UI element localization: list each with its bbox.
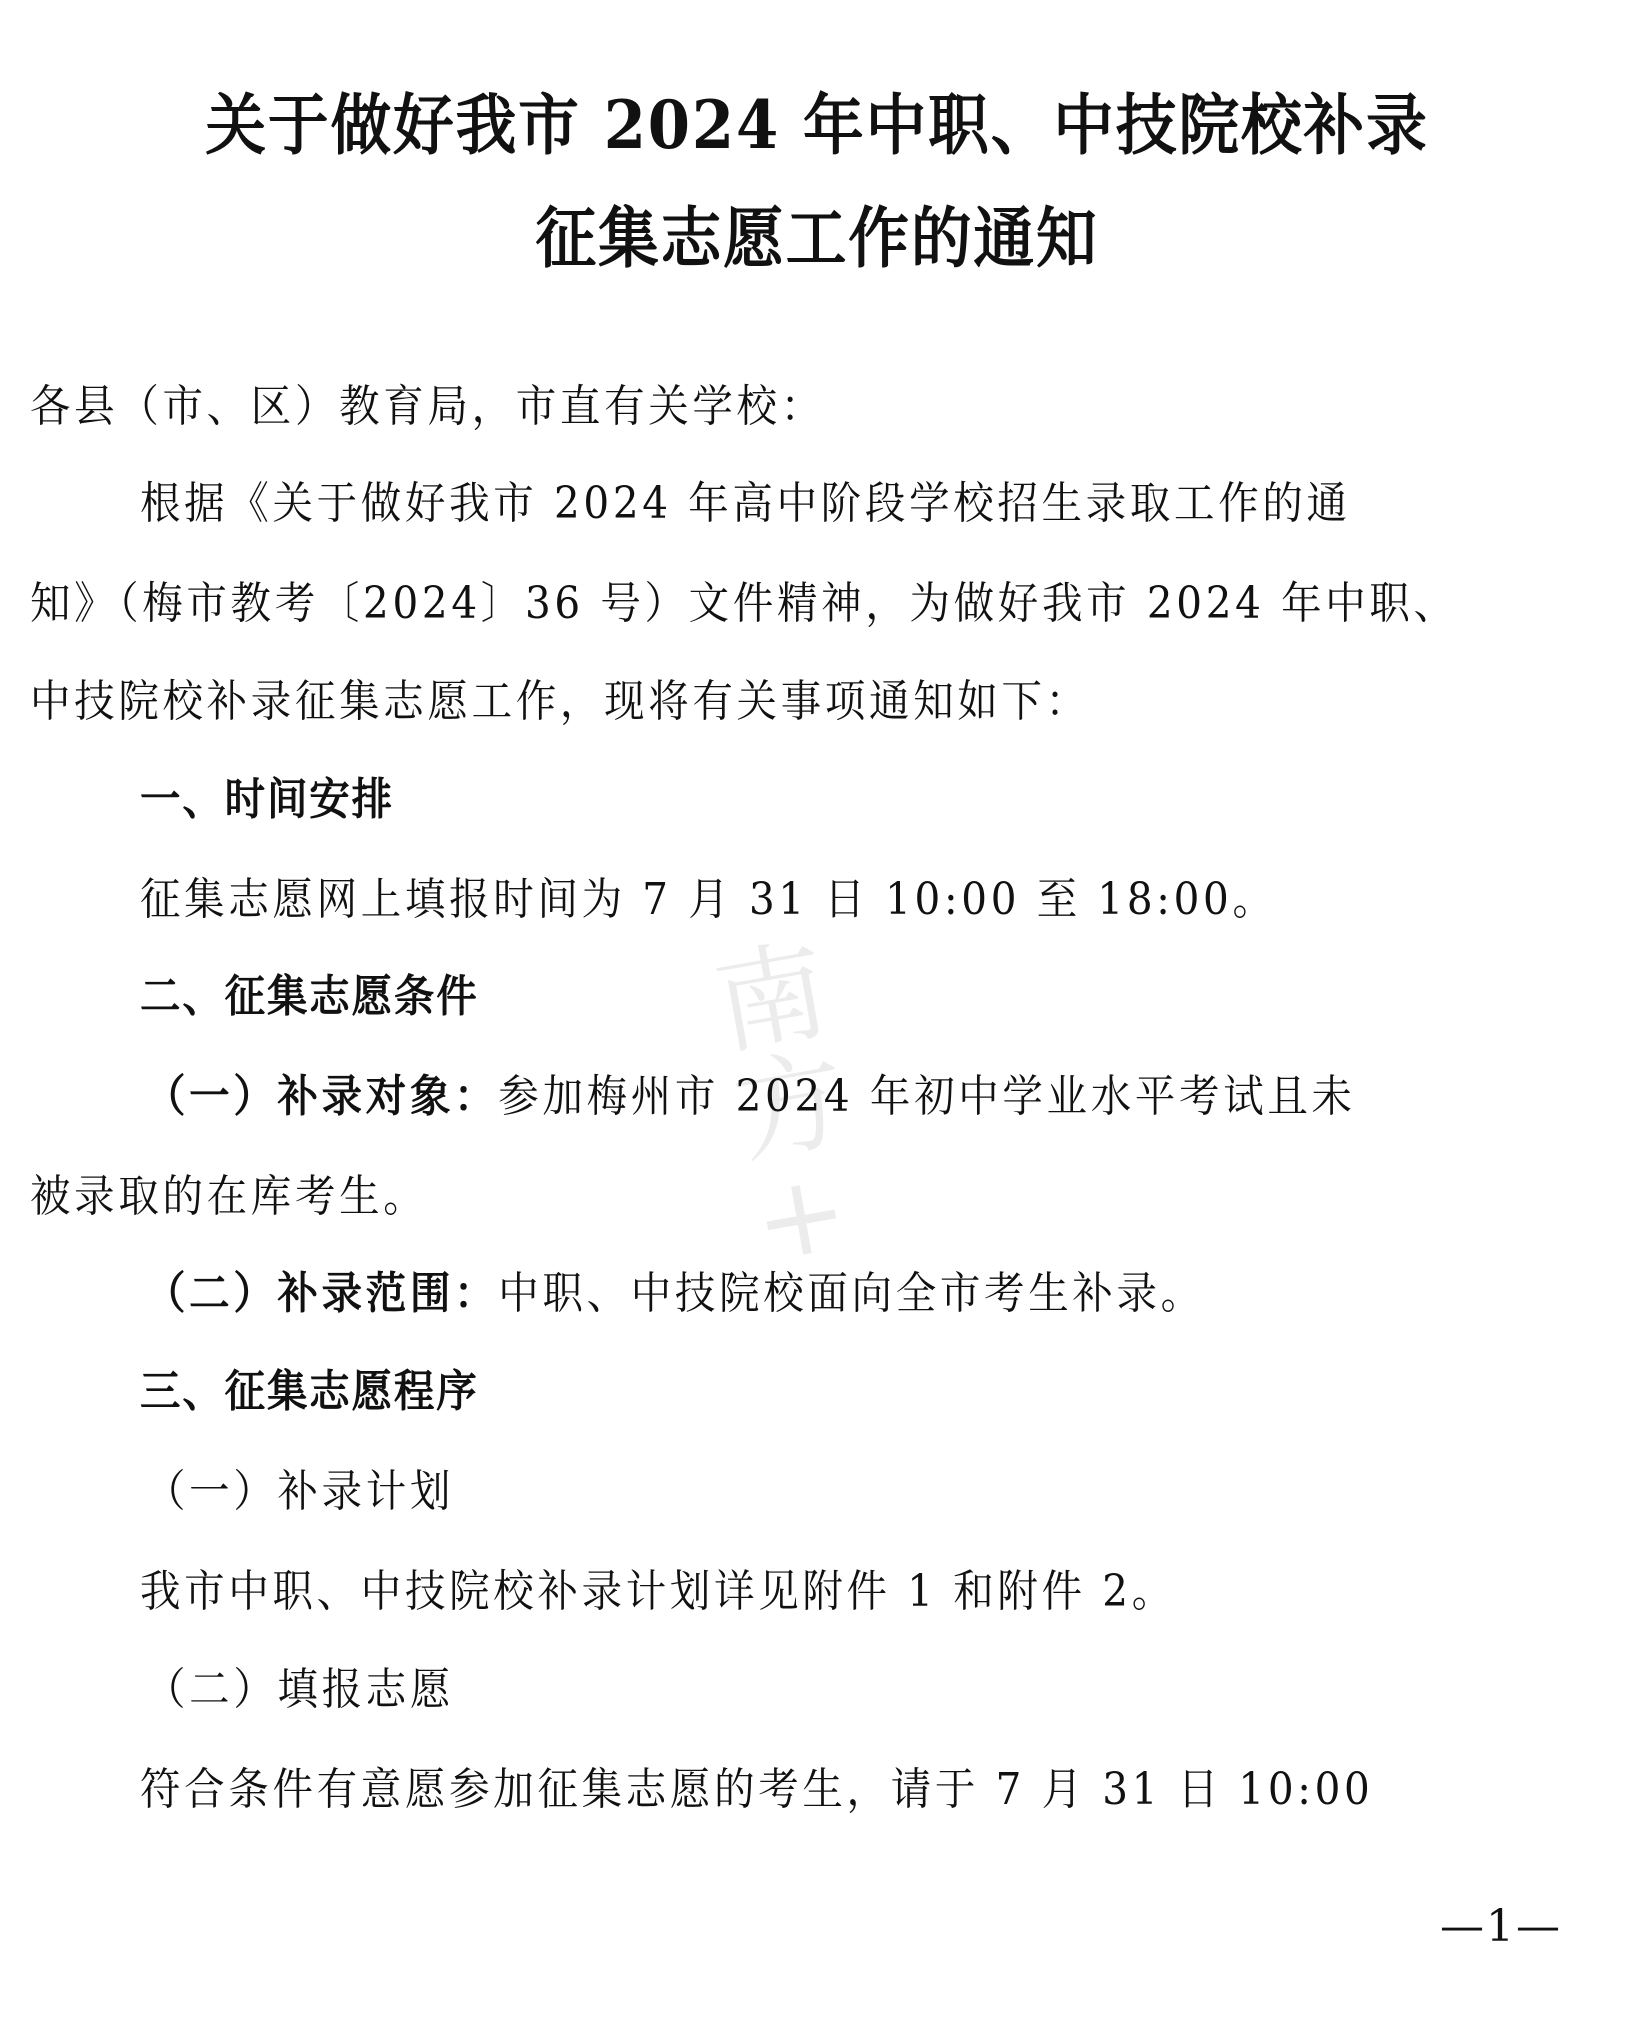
section-2-heading: 二、征集志愿条件 [140, 975, 479, 1019]
section-2-item-1-line-2: 被录取的在库考生。 [30, 1175, 427, 1219]
section-2-item-1-text: 参加梅州市 2024 年初中学业水平考试且未 [498, 1071, 1355, 1122]
section-2-item-2: （二）补录范围：中职、中技院校面向全市考生补录。 [145, 1272, 1205, 1316]
section-3-sub-1-body: 我市中职、中技院校补录计划详见附件 1 和附件 2。 [140, 1570, 1176, 1614]
document-title-line-2: 征集志愿工作的通知 [65, 205, 1568, 271]
intro-line-1: 根据《关于做好我市 2024 年高中阶段学校招生录取工作的通 [140, 482, 1351, 526]
section-3-sub-2-body: 符合条件有意愿参加征集志愿的考生，请于 7 月 31 日 10:00 [140, 1768, 1373, 1812]
section-2-item-2-text: 中职、中技院校面向全市考生补录。 [498, 1268, 1205, 1319]
section-3-sub-1-heading: （一）补录计划 [145, 1470, 454, 1514]
section-2-item-2-label: （二）补录范围： [145, 1268, 498, 1319]
section-2-item-1-label: （一）补录对象： [145, 1071, 498, 1122]
intro-line-2: 知》（梅市教考〔2024〕36 号）文件精神，为做好我市 2024 年中职、 [30, 582, 1458, 626]
salutation: 各县（市、区）教育局，市直有关学校： [30, 385, 825, 429]
document-page: 关于做好我市 2024 年中职、中技院校补录 征集志愿工作的通知 各县（市、区）… [0, 0, 1634, 2022]
section-1-body: 征集志愿网上填报时间为 7 月 31 日 10:00 至 18:00。 [140, 878, 1277, 922]
section-3-sub-2-heading: （二）填报志愿 [145, 1668, 454, 1712]
intro-line-3: 中技院校补录征集志愿工作，现将有关事项通知如下： [30, 680, 1090, 724]
document-title-line-1: 关于做好我市 2024 年中职、中技院校补录 [65, 92, 1568, 158]
page-number: —1— [1440, 1905, 1562, 1949]
section-3-heading: 三、征集志愿程序 [140, 1370, 479, 1414]
section-2-item-1-line-1: （一）补录对象：参加梅州市 2024 年初中学业水平考试且未 [145, 1075, 1356, 1119]
section-1-heading: 一、时间安排 [140, 778, 394, 822]
